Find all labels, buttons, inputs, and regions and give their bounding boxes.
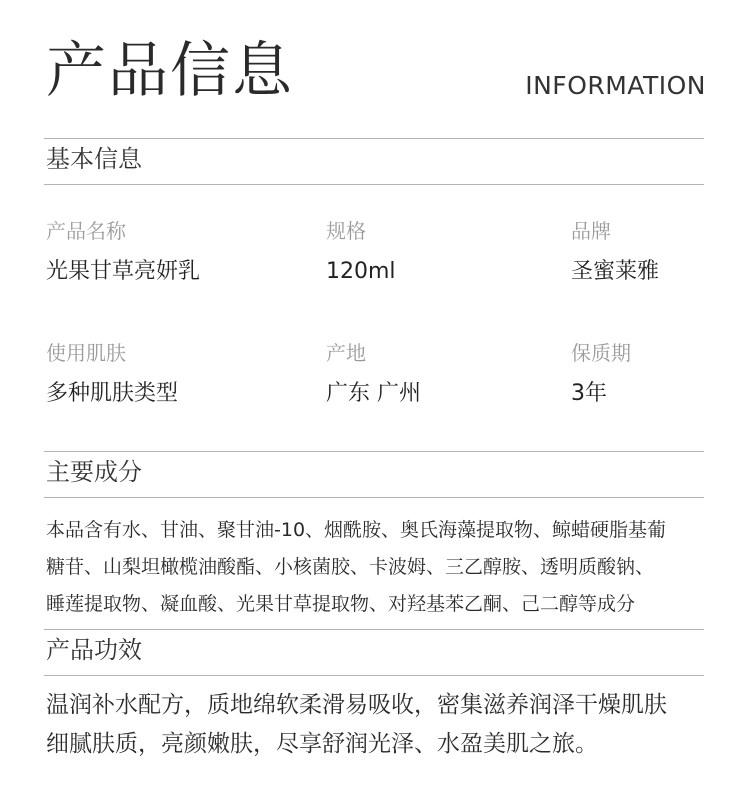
effects-line: 细腻肤质，亮颜嫩肤，尽享舒润光泽、水盈美肌之旅。 [46, 725, 716, 764]
divider [44, 138, 704, 139]
field-value-skin-type: 多种肌肤类型 [46, 380, 178, 408]
field-value-spec: 120ml [326, 258, 396, 286]
field-label-origin: 产地 [326, 340, 366, 366]
field-label-skin-type: 使用肌肤 [46, 340, 126, 366]
page-subtitle: INFORMATION [525, 70, 706, 102]
field-label-shelf-life: 保质期 [571, 340, 631, 366]
page-title: 产品信息 [46, 36, 294, 106]
ingredients-line: 糖苷、山梨坦橄榄油酸酯、小核菌胶、卡波姆、三乙醇胺、透明质酸钠、 [46, 549, 716, 586]
divider [44, 451, 704, 452]
field-value-brand: 圣蜜莱雅 [571, 258, 659, 286]
field-label-spec: 规格 [326, 218, 366, 244]
divider [44, 497, 704, 498]
field-label-brand: 品牌 [571, 218, 611, 244]
ingredients-line: 睡莲提取物、凝血酸、光果甘草提取物、对羟基苯乙酮、己二醇等成分 [46, 586, 716, 623]
field-value-product-name: 光果甘草亮妍乳 [46, 258, 200, 286]
divider [44, 184, 704, 185]
ingredients-text: 本品含有水、甘油、聚甘油-10、烟酰胺、奥氏海藻提取物、鲸蜡硬脂基葡 糖苷、山梨… [46, 512, 716, 623]
section-title-basic-info: 基本信息 [46, 144, 142, 174]
field-value-origin: 广东 广州 [326, 380, 421, 408]
divider [44, 629, 704, 630]
field-label-product-name: 产品名称 [46, 218, 126, 244]
effects-line: 温润补水配方，质地绵软柔滑易吸收，密集滋养润泽干燥肌肤 [46, 686, 716, 725]
divider [44, 675, 704, 676]
effects-text: 温润补水配方，质地绵软柔滑易吸收，密集滋养润泽干燥肌肤 细腻肤质，亮颜嫩肤，尽享… [46, 686, 716, 764]
section-title-effects: 产品功效 [46, 635, 142, 665]
ingredients-line: 本品含有水、甘油、聚甘油-10、烟酰胺、奥氏海藻提取物、鲸蜡硬脂基葡 [46, 512, 716, 549]
field-value-shelf-life: 3年 [571, 380, 607, 408]
section-title-ingredients: 主要成分 [46, 457, 142, 487]
